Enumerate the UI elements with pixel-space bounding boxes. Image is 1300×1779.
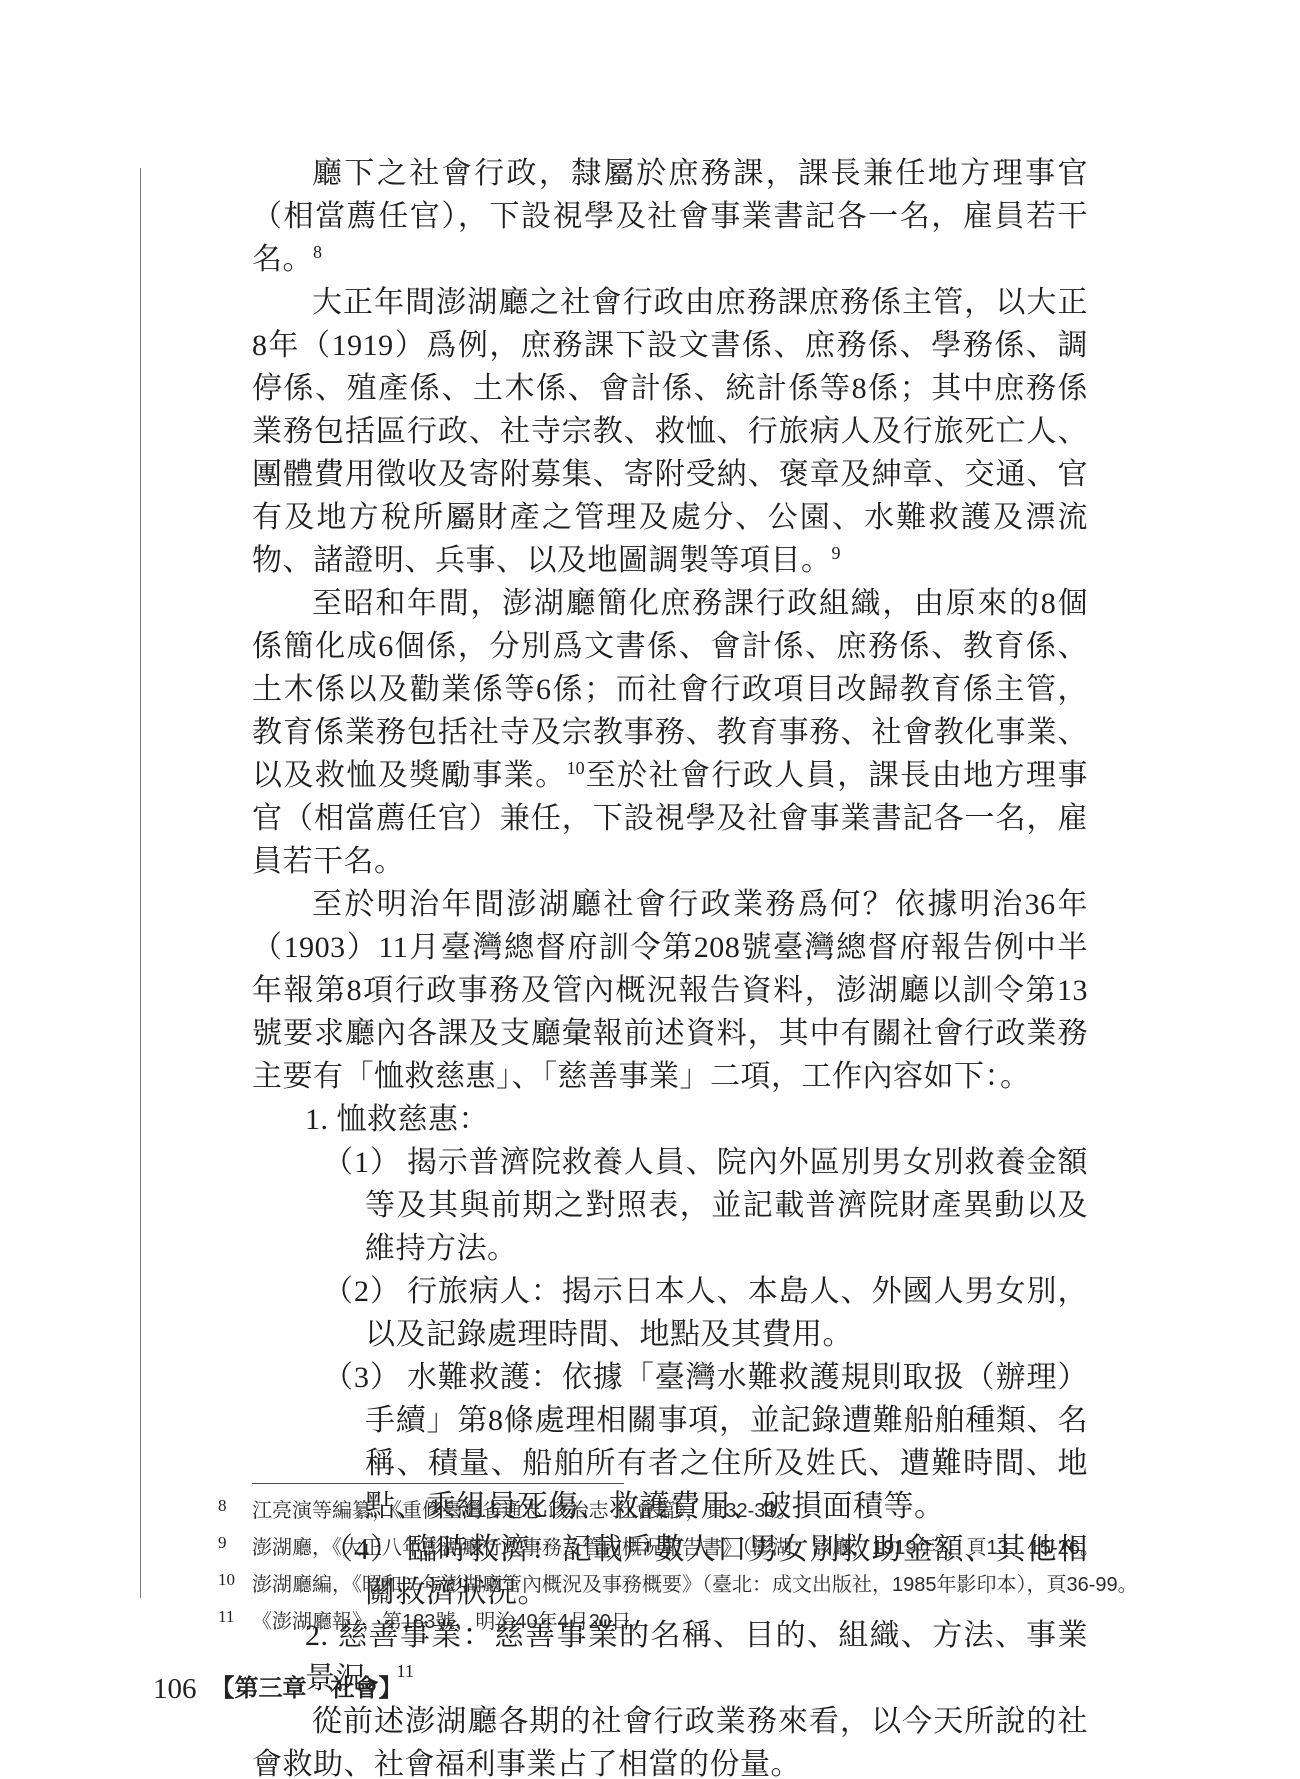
paragraph-2-text: 大正年間澎湖廳之社會行政由庶務課庶務係主管，以大正8年（1919）爲例，庶務課下… xyxy=(252,286,1088,577)
footnote-9-number: 9 xyxy=(218,1527,252,1558)
list-sub-item-1: （1）揭示普濟院救養人員、院內外區別男女別救養金額等及其與前期之對照表，並記載普… xyxy=(323,1141,1088,1270)
list-sub-item-2: （2）行旅病人：揭示日本人、本島人、外國人男女別，以及記錄處理時間、地點及其費用… xyxy=(323,1270,1088,1356)
paragraph-1: 廳下之社會行政，隸屬於庶務課，課長兼任地方理事官（相當薦任官），下設視學及社會事… xyxy=(252,152,1088,281)
paragraph-2: 大正年間澎湖廳之社會行政由庶務課庶務係主管，以大正8年（1919）爲例，庶務課下… xyxy=(252,281,1088,582)
footnote-11: 11《澎湖廳報》，第183號，明治40年4月20日。 xyxy=(218,1601,1098,1638)
footnote-11-text: 《澎湖廳報》，第183號，明治40年4月20日。 xyxy=(252,1611,651,1633)
sub-item-2-text: 行旅病人：揭示日本人、本島人、外國人男女別，以及記錄處理時間、地點及其費用。 xyxy=(365,1275,1088,1351)
paragraph-5: 從前述澎湖廳各期的社會行政業務來看，以今天所說的社會救助、社會福利事業占了相當的… xyxy=(252,1700,1088,1779)
paragraph-3: 至昭和年間，澎湖廳簡化庶務課行政組織，由原來的8個係簡化成6個係，分別爲文書係、… xyxy=(252,582,1088,883)
sub-item-2-marker: （2） xyxy=(323,1275,401,1308)
sub-item-1-marker: （1） xyxy=(323,1146,401,1179)
footnote-ref-8: 8 xyxy=(313,242,322,262)
footnote-ref-10: 10 xyxy=(567,758,585,778)
sub-item-1-text: 揭示普濟院救養人員、院內外區別男女別救養金額等及其與前期之對照表，並記載普濟院財… xyxy=(365,1146,1088,1265)
page-number: 106 xyxy=(153,1673,197,1705)
paragraph-4-text: 至於明治年間澎湖廳社會行政業務爲何？依據明治36年（1903）11月臺灣總督府訓… xyxy=(252,888,1088,1093)
footnote-10-text: 澎湖廳編，《昭和二年澎湖廳管內概況及事務概要》（臺北：成文出版社，1985年影印… xyxy=(252,1574,1138,1596)
footnote-8-text: 江亮演等編纂，《重修臺灣省通志·政治志·社會篇》，頁32-33。 xyxy=(252,1500,796,1522)
sub-item-3-marker: （3） xyxy=(323,1361,401,1394)
footnote-8: 8江亮演等編纂，《重修臺灣省通志·政治志·社會篇》，頁32-33。 xyxy=(218,1490,1098,1527)
footnote-ref-9: 9 xyxy=(832,543,841,563)
footnote-10: 10澎湖廳編，《昭和二年澎湖廳管內概況及事務概要》（臺北：成文出版社，1985年… xyxy=(218,1564,1098,1601)
paragraph-5-text: 從前述澎湖廳各期的社會行政業務來看，以今天所說的社會救助、社會福利事業占了相當的… xyxy=(252,1705,1088,1779)
footnote-separator-rule xyxy=(252,1483,624,1484)
chapter-title: 【第三章 社會】 xyxy=(211,1675,403,1702)
paragraph-1-text: 廳下之社會行政，隸屬於庶務課，課長兼任地方理事官（相當薦任官），下設視學及社會事… xyxy=(252,157,1088,276)
footnote-9: 9澎湖廳，《大正八年澎湖廳行政事務及管內概況報告書》（澎湖：該廳，1919年），… xyxy=(218,1527,1098,1564)
footnote-10-number: 10 xyxy=(218,1564,252,1595)
page-footer: 106【第三章 社會】 xyxy=(153,1668,403,1706)
footnote-9-text: 澎湖廳，《大正八年澎湖廳行政事務及管內概況報告書》（澎湖：該廳，1919年），頁… xyxy=(252,1537,1100,1559)
list-item-1-heading: 1. 恤救慈惠： xyxy=(305,1098,1088,1141)
footnotes-block: 8江亮演等編纂，《重修臺灣省通志·政治志·社會篇》，頁32-33。 9澎湖廳，《… xyxy=(218,1490,1098,1638)
left-margin-rule xyxy=(140,168,141,1598)
paragraph-4: 至於明治年間澎湖廳社會行政業務爲何？依據明治36年（1903）11月臺灣總督府訓… xyxy=(252,883,1088,1098)
footnote-11-number: 11 xyxy=(218,1601,252,1632)
footnote-8-number: 8 xyxy=(218,1490,252,1521)
book-page: 廳下之社會行政，隸屬於庶務課，課長兼任地方理事官（相當薦任官），下設視學及社會事… xyxy=(0,0,1300,1779)
